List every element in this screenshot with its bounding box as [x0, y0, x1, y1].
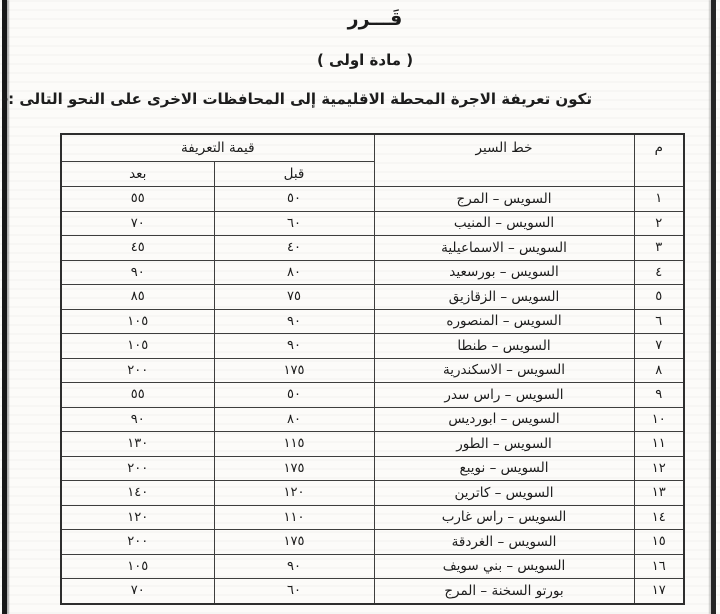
route-cell: السويس – بورسعيد [374, 260, 634, 285]
before-value-cell: ٩٠ [214, 309, 374, 334]
table-row: ٨السويس – الاسكندرية١٧٥٢٠٠ [61, 358, 684, 383]
after-value-cell: ١٤٠ [61, 481, 214, 506]
before-value-cell: ٨٠ [214, 407, 374, 432]
after-value-cell: ٩٠ [61, 407, 214, 432]
route-cell: السويس – المنيب [374, 211, 634, 236]
fare-table-body: ١السويس – المرج٥٠٥٥٢السويس – المنيب٦٠٧٠٣… [61, 187, 684, 604]
after-value-cell: ٧٠ [61, 579, 214, 604]
after-value-cell: ١٠٥ [61, 334, 214, 359]
table-row: ١٣السويس – كاترين١٢٠١٤٠ [61, 481, 684, 506]
row-number-cell: ٧ [634, 334, 684, 359]
before-value-cell: ٧٥ [214, 285, 374, 310]
after-value-cell: ٨٥ [61, 285, 214, 310]
table-row: ٣السويس – الاسماعيلية٤٠٤٥ [61, 236, 684, 261]
column-header-route: خط السير [374, 134, 634, 187]
route-cell: السويس – نويبع [374, 456, 634, 481]
table-row: ١السويس – المرج٥٠٥٥ [61, 187, 684, 212]
table-row: ١١السويس – الطور١١٥١٣٠ [61, 432, 684, 457]
route-cell: السويس – ابورديس [374, 407, 634, 432]
table-row: ٤السويس – بورسعيد٨٠٩٠ [61, 260, 684, 285]
row-number-cell: ٣ [634, 236, 684, 261]
table-row: ١٦السويس – بني سويف٩٠١٠٥ [61, 554, 684, 579]
fare-tariff-table: م خط السير قيمة التعريفة قبل بعد ١السويس… [60, 133, 685, 605]
before-value-cell: ٦٠ [214, 579, 374, 604]
before-value-cell: ٩٠ [214, 554, 374, 579]
row-number-cell: ١ [634, 187, 684, 212]
route-cell: السويس – راس سدر [374, 383, 634, 408]
row-number-cell: ١٥ [634, 530, 684, 555]
row-number-cell: ١١ [634, 432, 684, 457]
row-number-cell: ١٧ [634, 579, 684, 604]
decree-title: قَـــرر [315, 8, 435, 30]
row-number-cell: ١٠ [634, 407, 684, 432]
fare-table-header: م خط السير قيمة التعريفة قبل بعد [61, 134, 684, 187]
column-header-tariff-group: قيمة التعريفة [61, 134, 374, 162]
after-value-cell: ٥٥ [61, 383, 214, 408]
after-value-cell: ٤٥ [61, 236, 214, 261]
after-value-cell: ٢٠٠ [61, 530, 214, 555]
route-cell: السويس – الزقازيق [374, 285, 634, 310]
before-value-cell: ١١٠ [214, 505, 374, 530]
before-value-cell: ١١٥ [214, 432, 374, 457]
after-value-cell: ١٢٠ [61, 505, 214, 530]
row-number-cell: ٢ [634, 211, 684, 236]
route-cell: السويس – المنصوره [374, 309, 634, 334]
article-one-heading: ( مادة اولى ) [290, 51, 440, 69]
route-cell: السويس – طنطا [374, 334, 634, 359]
before-value-cell: ٩٠ [214, 334, 374, 359]
route-cell: السويس – المرج [374, 187, 634, 212]
before-value-cell: ٥٠ [214, 187, 374, 212]
before-value-cell: ٨٠ [214, 260, 374, 285]
route-cell: السويس – راس غارب [374, 505, 634, 530]
after-value-cell: ٧٠ [61, 211, 214, 236]
table-row: ١٤السويس – راس غارب١١٠١٢٠ [61, 505, 684, 530]
before-value-cell: ١٧٥ [214, 456, 374, 481]
before-value-cell: ٦٠ [214, 211, 374, 236]
after-value-cell: ١٣٠ [61, 432, 214, 457]
after-value-cell: ١٠٥ [61, 309, 214, 334]
table-row: ٢السويس – المنيب٦٠٧٠ [61, 211, 684, 236]
route-cell: السويس – الاسكندرية [374, 358, 634, 383]
scanned-decree-page: قَـــرر ( مادة اولى ) تكون تعريفة الاجرة… [0, 0, 720, 614]
after-value-cell: ٩٠ [61, 260, 214, 285]
row-number-cell: ١٦ [634, 554, 684, 579]
table-row: ١٠السويس – ابورديس٨٠٩٠ [61, 407, 684, 432]
route-cell: السويس – كاترين [374, 481, 634, 506]
route-cell: السويس – الاسماعيلية [374, 236, 634, 261]
route-cell: السويس – بني سويف [374, 554, 634, 579]
row-number-cell: ٤ [634, 260, 684, 285]
table-row: ٧السويس – طنطا٩٠١٠٥ [61, 334, 684, 359]
route-cell: بورتو السخنة – المرج [374, 579, 634, 604]
intro-sentence: تكون تعريفة الاجرة المحطة الاقليمية إلى … [2, 90, 592, 108]
after-value-cell: ٢٠٠ [61, 456, 214, 481]
after-value-cell: ١٠٥ [61, 554, 214, 579]
row-number-cell: ١٤ [634, 505, 684, 530]
table-row: ١٧بورتو السخنة – المرج٦٠٧٠ [61, 579, 684, 604]
header-row-top: م خط السير قيمة التعريفة [61, 134, 684, 162]
scan-edge-right [711, 0, 716, 614]
route-cell: السويس – الطور [374, 432, 634, 457]
table-row: ٥السويس – الزقازيق٧٥٨٥ [61, 285, 684, 310]
row-number-cell: ١٣ [634, 481, 684, 506]
before-value-cell: ٥٠ [214, 383, 374, 408]
before-value-cell: ١٧٥ [214, 530, 374, 555]
after-value-cell: ٢٠٠ [61, 358, 214, 383]
before-value-cell: ٤٠ [214, 236, 374, 261]
column-header-number: م [634, 134, 684, 187]
table-row: ٦السويس – المنصوره٩٠١٠٥ [61, 309, 684, 334]
before-value-cell: ١٢٠ [214, 481, 374, 506]
table-row: ١٢السويس – نويبع١٧٥٢٠٠ [61, 456, 684, 481]
table-row: ٩السويس – راس سدر٥٠٥٥ [61, 383, 684, 408]
table-row: ١٥السويس – الغردقة١٧٥٢٠٠ [61, 530, 684, 555]
row-number-cell: ٦ [634, 309, 684, 334]
row-number-cell: ٩ [634, 383, 684, 408]
column-header-before: قبل [214, 162, 374, 187]
row-number-cell: ٥ [634, 285, 684, 310]
row-number-cell: ٨ [634, 358, 684, 383]
column-header-after: بعد [61, 162, 214, 187]
route-cell: السويس – الغردقة [374, 530, 634, 555]
before-value-cell: ١٧٥ [214, 358, 374, 383]
after-value-cell: ٥٥ [61, 187, 214, 212]
row-number-cell: ١٢ [634, 456, 684, 481]
